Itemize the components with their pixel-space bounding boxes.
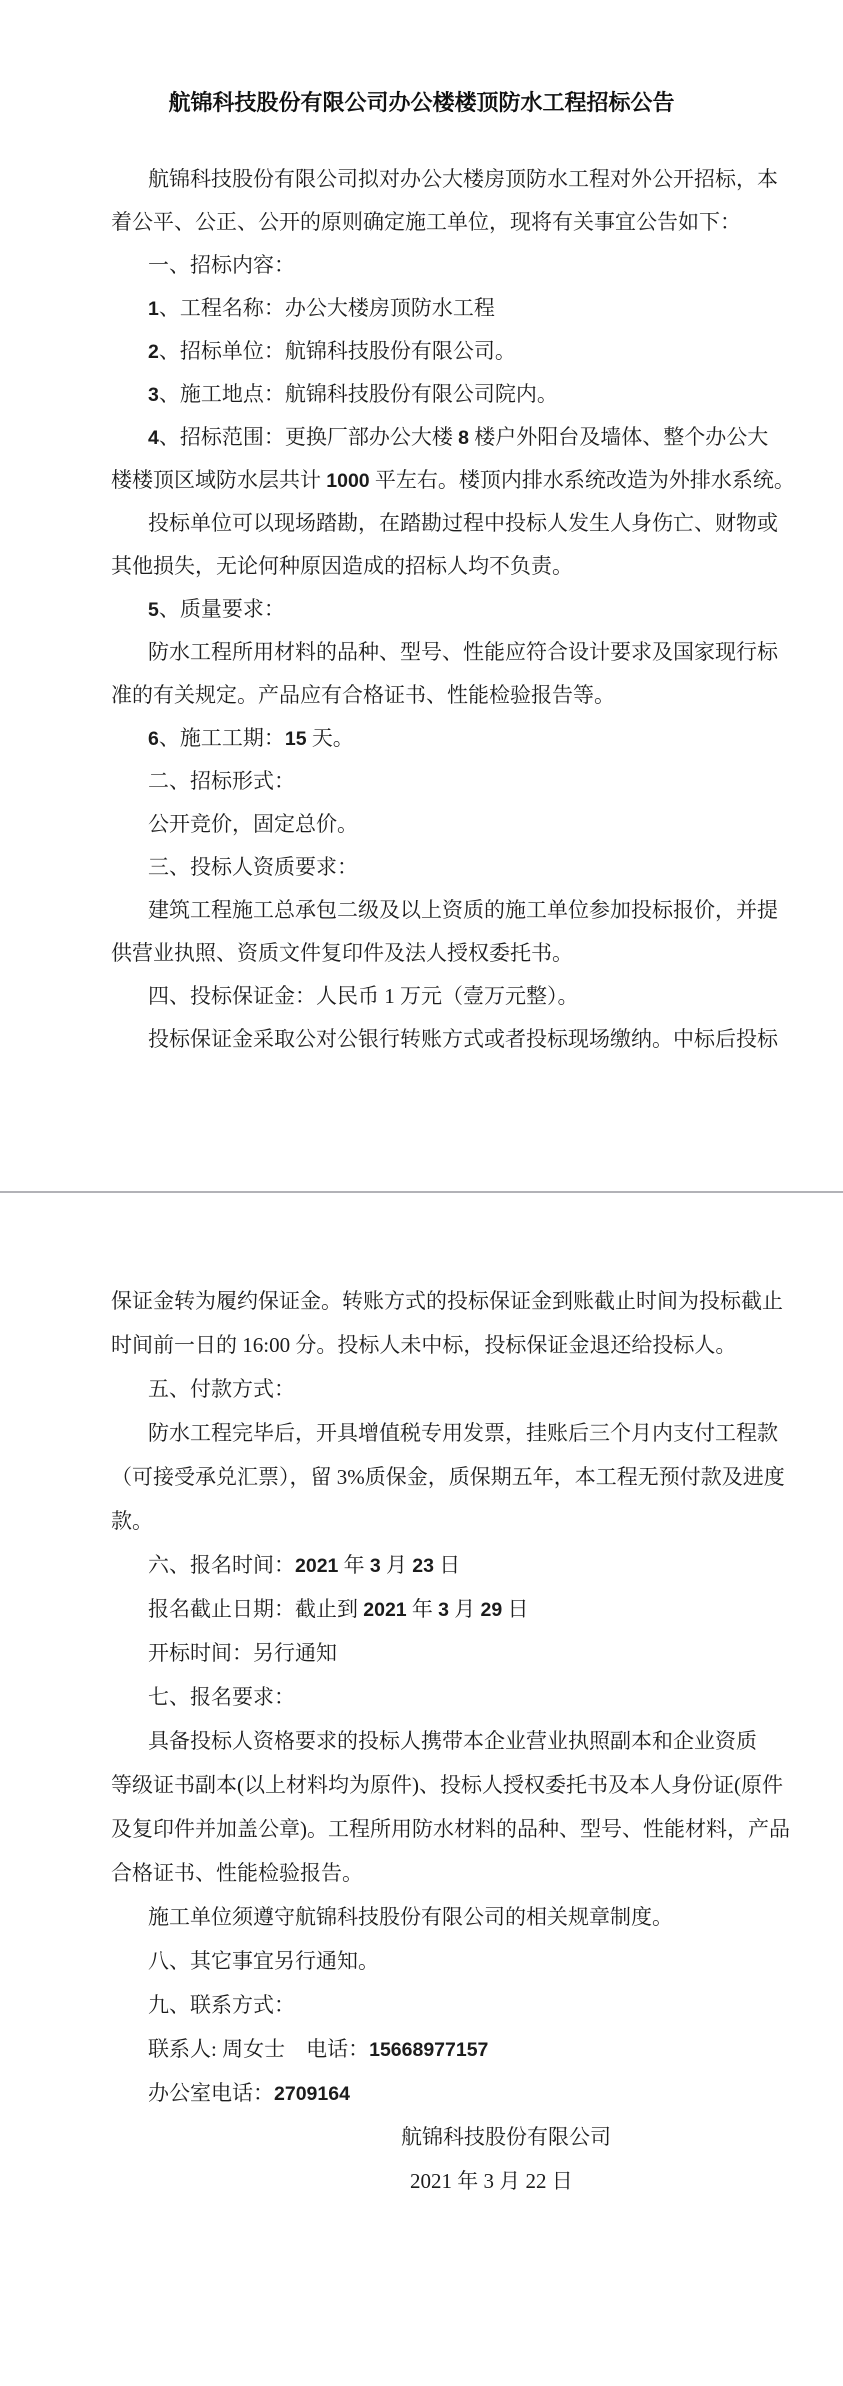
text-line: 八、其它事宜另行通知。: [111, 1939, 751, 1983]
body-text: 联系人: 周女士 电话：: [148, 2037, 369, 2061]
body-text: 保证金转为履约保证金。转账方式的投标保证金到账截止时间为投标截止: [111, 1289, 783, 1313]
body-text: 一、招标内容：: [148, 253, 295, 277]
body-text: 天。: [307, 726, 354, 750]
numeric-text: 3: [438, 1599, 449, 1621]
body-text: 报名截止日期：截止到: [148, 1597, 363, 1621]
numeric-text: 2: [148, 341, 159, 363]
body-text: 七、报名要求：: [148, 1685, 295, 1709]
signature-date-line: 2021 年 3 月 22 日: [111, 2159, 751, 2203]
body-text: 施工单位须遵守航锦科技股份有限公司的相关规章制度。: [148, 1905, 673, 1929]
numeric-text: 23: [412, 1555, 434, 1577]
body-text: 防水工程完毕后，开具增值税专用发票，挂账后三个月内支付工程款: [148, 1421, 778, 1445]
page-2-content: 保证金转为履约保证金。转账方式的投标保证金到账截止时间为投标截止时间前一日的 1…: [111, 1279, 751, 2203]
text-line: 九、联系方式：: [111, 1983, 751, 2027]
body-text: 五、付款方式：: [148, 1377, 295, 1401]
text-line: 联系人: 周女士 电话：15668977157: [111, 2027, 751, 2071]
body-text: 日: [434, 1553, 460, 1577]
text-line: 款。: [111, 1499, 751, 1543]
body-text: 日: [502, 1597, 528, 1621]
text-line: 四、投标保证金：人民币 1 万元（壹万元整）。: [111, 975, 751, 1018]
text-line: 投标保证金采取公对公银行转账方式或者投标现场缴纳。中标后投标: [111, 1018, 751, 1061]
text-line: 等级证书副本(以上材料均为原件)、投标人授权委托书及本人身份证(原件: [111, 1763, 751, 1807]
body-text: 具备投标人资格要求的投标人携带本企业营业执照副本和企业资质: [148, 1729, 757, 1753]
numeric-text: 15668977157: [369, 2039, 488, 2061]
text-line: 办公室电话：2709164: [111, 2071, 751, 2115]
body-text: 楼户外阳台及墙体、整个办公大: [469, 425, 768, 449]
numeric-text: 3: [148, 384, 159, 406]
numeric-text: 2709164: [274, 2083, 350, 2105]
body-text: 月: [381, 1553, 413, 1577]
text-line: 2、招标单位：航锦科技股份有限公司。: [111, 330, 751, 373]
text-line: 公开竞价，固定总价。: [111, 803, 751, 846]
text-line: 一、招标内容：: [111, 244, 751, 287]
text-line: 6、施工工期：15 天。: [111, 717, 751, 760]
text-line: 报名截止日期：截止到 2021 年 3 月 29 日: [111, 1587, 751, 1631]
body-text: 投标单位可以现场踏勘，在踏勘过程中投标人发生人身伤亡、财物或: [148, 511, 778, 535]
body-text: 八、其它事宜另行通知。: [148, 1949, 379, 1973]
body-text: 四、投标保证金：人民币 1 万元（壹万元整）。: [148, 984, 579, 1008]
text-line: 供营业执照、资质文件复印件及法人授权委托书。: [111, 932, 751, 975]
text-line: 开标时间：另行通知: [111, 1631, 751, 1675]
text-line: 具备投标人资格要求的投标人携带本企业营业执照副本和企业资质: [111, 1719, 751, 1763]
body-text: 楼楼顶区域防水层共计: [111, 468, 326, 492]
text-line: 合格证书、性能检验报告。: [111, 1851, 751, 1895]
numeric-text: 4: [148, 427, 159, 449]
text-line: 着公平、公正、公开的原则确定施工单位，现将有关事宜公告如下：: [111, 201, 751, 244]
text-line: 六、报名时间：2021 年 3 月 23 日: [111, 1543, 751, 1587]
text-line: 施工单位须遵守航锦科技股份有限公司的相关规章制度。: [111, 1895, 751, 1939]
text-line: 五、付款方式：: [111, 1367, 751, 1411]
body-text: 、施工工期：: [159, 726, 285, 750]
numeric-text: 5: [148, 599, 159, 621]
body-text: 平左右。楼顶内排水系统改造为外排水系统。: [370, 468, 795, 492]
text-line: 时间前一日的 16:00 分。投标人未中标，投标保证金退还给投标人。: [111, 1323, 751, 1367]
text-line: 防水工程完毕后，开具增值税专用发票，挂账后三个月内支付工程款: [111, 1411, 751, 1455]
body-text: 二、招标形式：: [148, 769, 295, 793]
body-text: 建筑工程施工总承包二级及以上资质的施工单位参加投标报价，并提: [148, 898, 778, 922]
page-2: 保证金转为履约保证金。转账方式的投标保证金到账截止时间为投标截止时间前一日的 1…: [0, 1193, 843, 2386]
document-title: 航锦科技股份有限公司办公楼楼顶防水工程招标公告: [0, 0, 843, 118]
page-1-content: 航锦科技股份有限公司拟对办公大楼房顶防水工程对外公开招标，本着公平、公正、公开的…: [111, 158, 751, 1061]
text-line: （可接受承兑汇票），留 3%质保金，质保期五年，本工程无预付款及进度: [111, 1455, 751, 1499]
body-text: 六、报名时间：: [148, 1553, 295, 1577]
text-line: 及复印件并加盖公章)。工程所用防水材料的品种、型号、性能材料，产品: [111, 1807, 751, 1851]
text-line: 5、质量要求：: [111, 588, 751, 631]
text-line: 保证金转为履约保证金。转账方式的投标保证金到账截止时间为投标截止: [111, 1279, 751, 1323]
body-text: 三、投标人资质要求：: [148, 855, 358, 879]
text-line: 其他损失，无论何种原因造成的招标人均不负责。: [111, 545, 751, 588]
body-text: 投标保证金采取公对公银行转账方式或者投标现场缴纳。中标后投标: [148, 1027, 778, 1051]
body-text: 、招标单位：航锦科技股份有限公司。: [159, 339, 516, 363]
text-line: 七、报名要求：: [111, 1675, 751, 1719]
body-text: 九、联系方式：: [148, 1993, 295, 2017]
body-text: 等级证书副本(以上材料均为原件)、投标人授权委托书及本人身份证(原件: [111, 1773, 783, 1797]
body-text: （可接受承兑汇票），留 3%质保金，质保期五年，本工程无预付款及进度: [111, 1465, 785, 1489]
body-text: 款。: [111, 1509, 153, 1533]
signature-company-line: 航锦科技股份有限公司: [111, 2115, 751, 2159]
body-text: 航锦科技股份有限公司: [401, 2125, 611, 2149]
text-line: 三、投标人资质要求：: [111, 846, 751, 889]
body-text: 、施工地点：航锦科技股份有限公司院内。: [159, 382, 558, 406]
numeric-text: 6: [148, 728, 159, 750]
body-text: 及复印件并加盖公章)。工程所用防水材料的品种、型号、性能材料，产品: [111, 1817, 790, 1841]
text-line: 3、施工地点：航锦科技股份有限公司院内。: [111, 373, 751, 416]
body-text: 着公平、公正、公开的原则确定施工单位，现将有关事宜公告如下：: [111, 210, 741, 234]
body-text: 月: [449, 1597, 481, 1621]
numeric-text: 3: [370, 1555, 381, 1577]
body-text: 合格证书、性能检验报告。: [111, 1861, 363, 1885]
body-text: 防水工程所用材料的品种、型号、性能应符合设计要求及国家现行标: [148, 640, 778, 664]
body-text: 办公室电话：: [148, 2081, 274, 2105]
numeric-text: 8: [458, 427, 469, 449]
body-text: 、质量要求：: [159, 597, 285, 621]
body-text: 开标时间：另行通知: [148, 1641, 337, 1665]
text-line: 投标单位可以现场踏勘，在踏勘过程中投标人发生人身伤亡、财物或: [111, 502, 751, 545]
body-text: 公开竞价，固定总价。: [148, 812, 358, 836]
text-line: 准的有关规定。产品应有合格证书、性能检验报告等。: [111, 674, 751, 717]
body-text: 2021 年 3 月 22 日: [410, 2169, 573, 2193]
text-line: 二、招标形式：: [111, 760, 751, 803]
page-1: 航锦科技股份有限公司办公楼楼顶防水工程招标公告 航锦科技股份有限公司拟对办公大楼…: [0, 0, 843, 1191]
body-text: 时间前一日的 16:00 分。投标人未中标，投标保证金退还给投标人。: [111, 1333, 736, 1357]
body-text: 航锦科技股份有限公司拟对办公大楼房顶防水工程对外公开招标，本: [148, 167, 778, 191]
body-text: 其他损失，无论何种原因造成的招标人均不负责。: [111, 554, 573, 578]
body-text: 、招标范围：更换厂部办公大楼: [159, 425, 458, 449]
body-text: 、工程名称：办公大楼房顶防水工程: [159, 296, 495, 320]
numeric-text: 1000: [326, 470, 369, 492]
numeric-text: 2021: [363, 1599, 406, 1621]
text-line: 防水工程所用材料的品种、型号、性能应符合设计要求及国家现行标: [111, 631, 751, 674]
numeric-text: 2021: [295, 1555, 338, 1577]
body-text: 供营业执照、资质文件复印件及法人授权委托书。: [111, 941, 573, 965]
text-line: 航锦科技股份有限公司拟对办公大楼房顶防水工程对外公开招标，本: [111, 158, 751, 201]
text-line: 4、招标范围：更换厂部办公大楼 8 楼户外阳台及墙体、整个办公大: [111, 416, 751, 459]
body-text: 年: [338, 1553, 370, 1577]
numeric-text: 1: [148, 298, 159, 320]
body-text: 准的有关规定。产品应有合格证书、性能检验报告等。: [111, 683, 615, 707]
text-line: 1、工程名称：办公大楼房顶防水工程: [111, 287, 751, 330]
numeric-text: 29: [481, 1599, 503, 1621]
text-line: 建筑工程施工总承包二级及以上资质的施工单位参加投标报价，并提: [111, 889, 751, 932]
body-text: 年: [407, 1597, 439, 1621]
text-line: 楼楼顶区域防水层共计 1000 平左右。楼顶内排水系统改造为外排水系统。: [111, 459, 751, 502]
numeric-text: 15: [285, 728, 307, 750]
